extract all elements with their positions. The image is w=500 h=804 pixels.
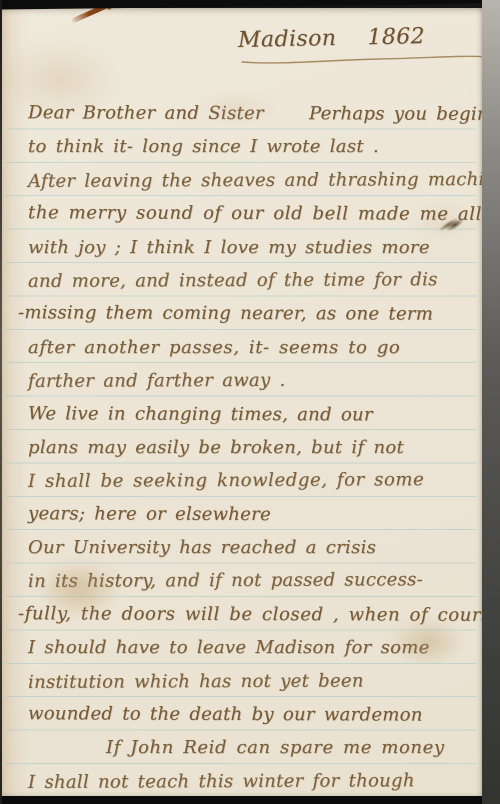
letter-page: Madison 1862 Dear Brother and Sister Per… xyxy=(2,8,482,797)
scan-edge-right xyxy=(482,0,500,804)
letter-line: wounded to the death by our wardemon xyxy=(2,699,482,734)
dateline-underline-flourish xyxy=(240,50,488,66)
letter-dateline: Madison 1862 xyxy=(238,24,426,53)
letter-line: -missing them coming nearer, as one term xyxy=(2,299,482,334)
letter-line: We live in changing times, and our xyxy=(2,399,482,434)
stain xyxy=(40,564,118,620)
letter-line: I shall be seeking knowledge, for some xyxy=(2,465,482,500)
scan-edge-bottom xyxy=(0,796,500,804)
stain xyxy=(394,620,464,666)
letter-line: years; here or elsewhere xyxy=(2,499,482,534)
scan-edge-left xyxy=(0,0,2,804)
letter-line: with joy ; I think I love my studies mor… xyxy=(2,233,482,266)
letter-line: After leaving the sheaves and thrashing … xyxy=(2,165,482,200)
letter-line: and more, and instead of the time for di… xyxy=(2,265,482,300)
letter-line: If John Reid can spare me money xyxy=(2,733,482,766)
letter-line: plans may easily be broken, but if not xyxy=(2,433,482,466)
letter-line: institution which has not yet been xyxy=(2,666,482,701)
letter-scan: Madison 1862 Dear Brother and Sister Per… xyxy=(0,0,500,804)
letter-line: Our University has reached a crisis xyxy=(2,533,482,566)
letter-line: the merry sound of our old bell made me … xyxy=(2,198,482,233)
letter-line: after another passes, it- seems to go xyxy=(2,333,482,366)
letter-body: Dear Brother and Sister Perhaps you begi… xyxy=(2,99,482,800)
letter-line: to think it- long since I wrote last . xyxy=(2,132,482,165)
letter-line: farther and farther away . xyxy=(2,365,482,400)
stain xyxy=(192,88,282,128)
